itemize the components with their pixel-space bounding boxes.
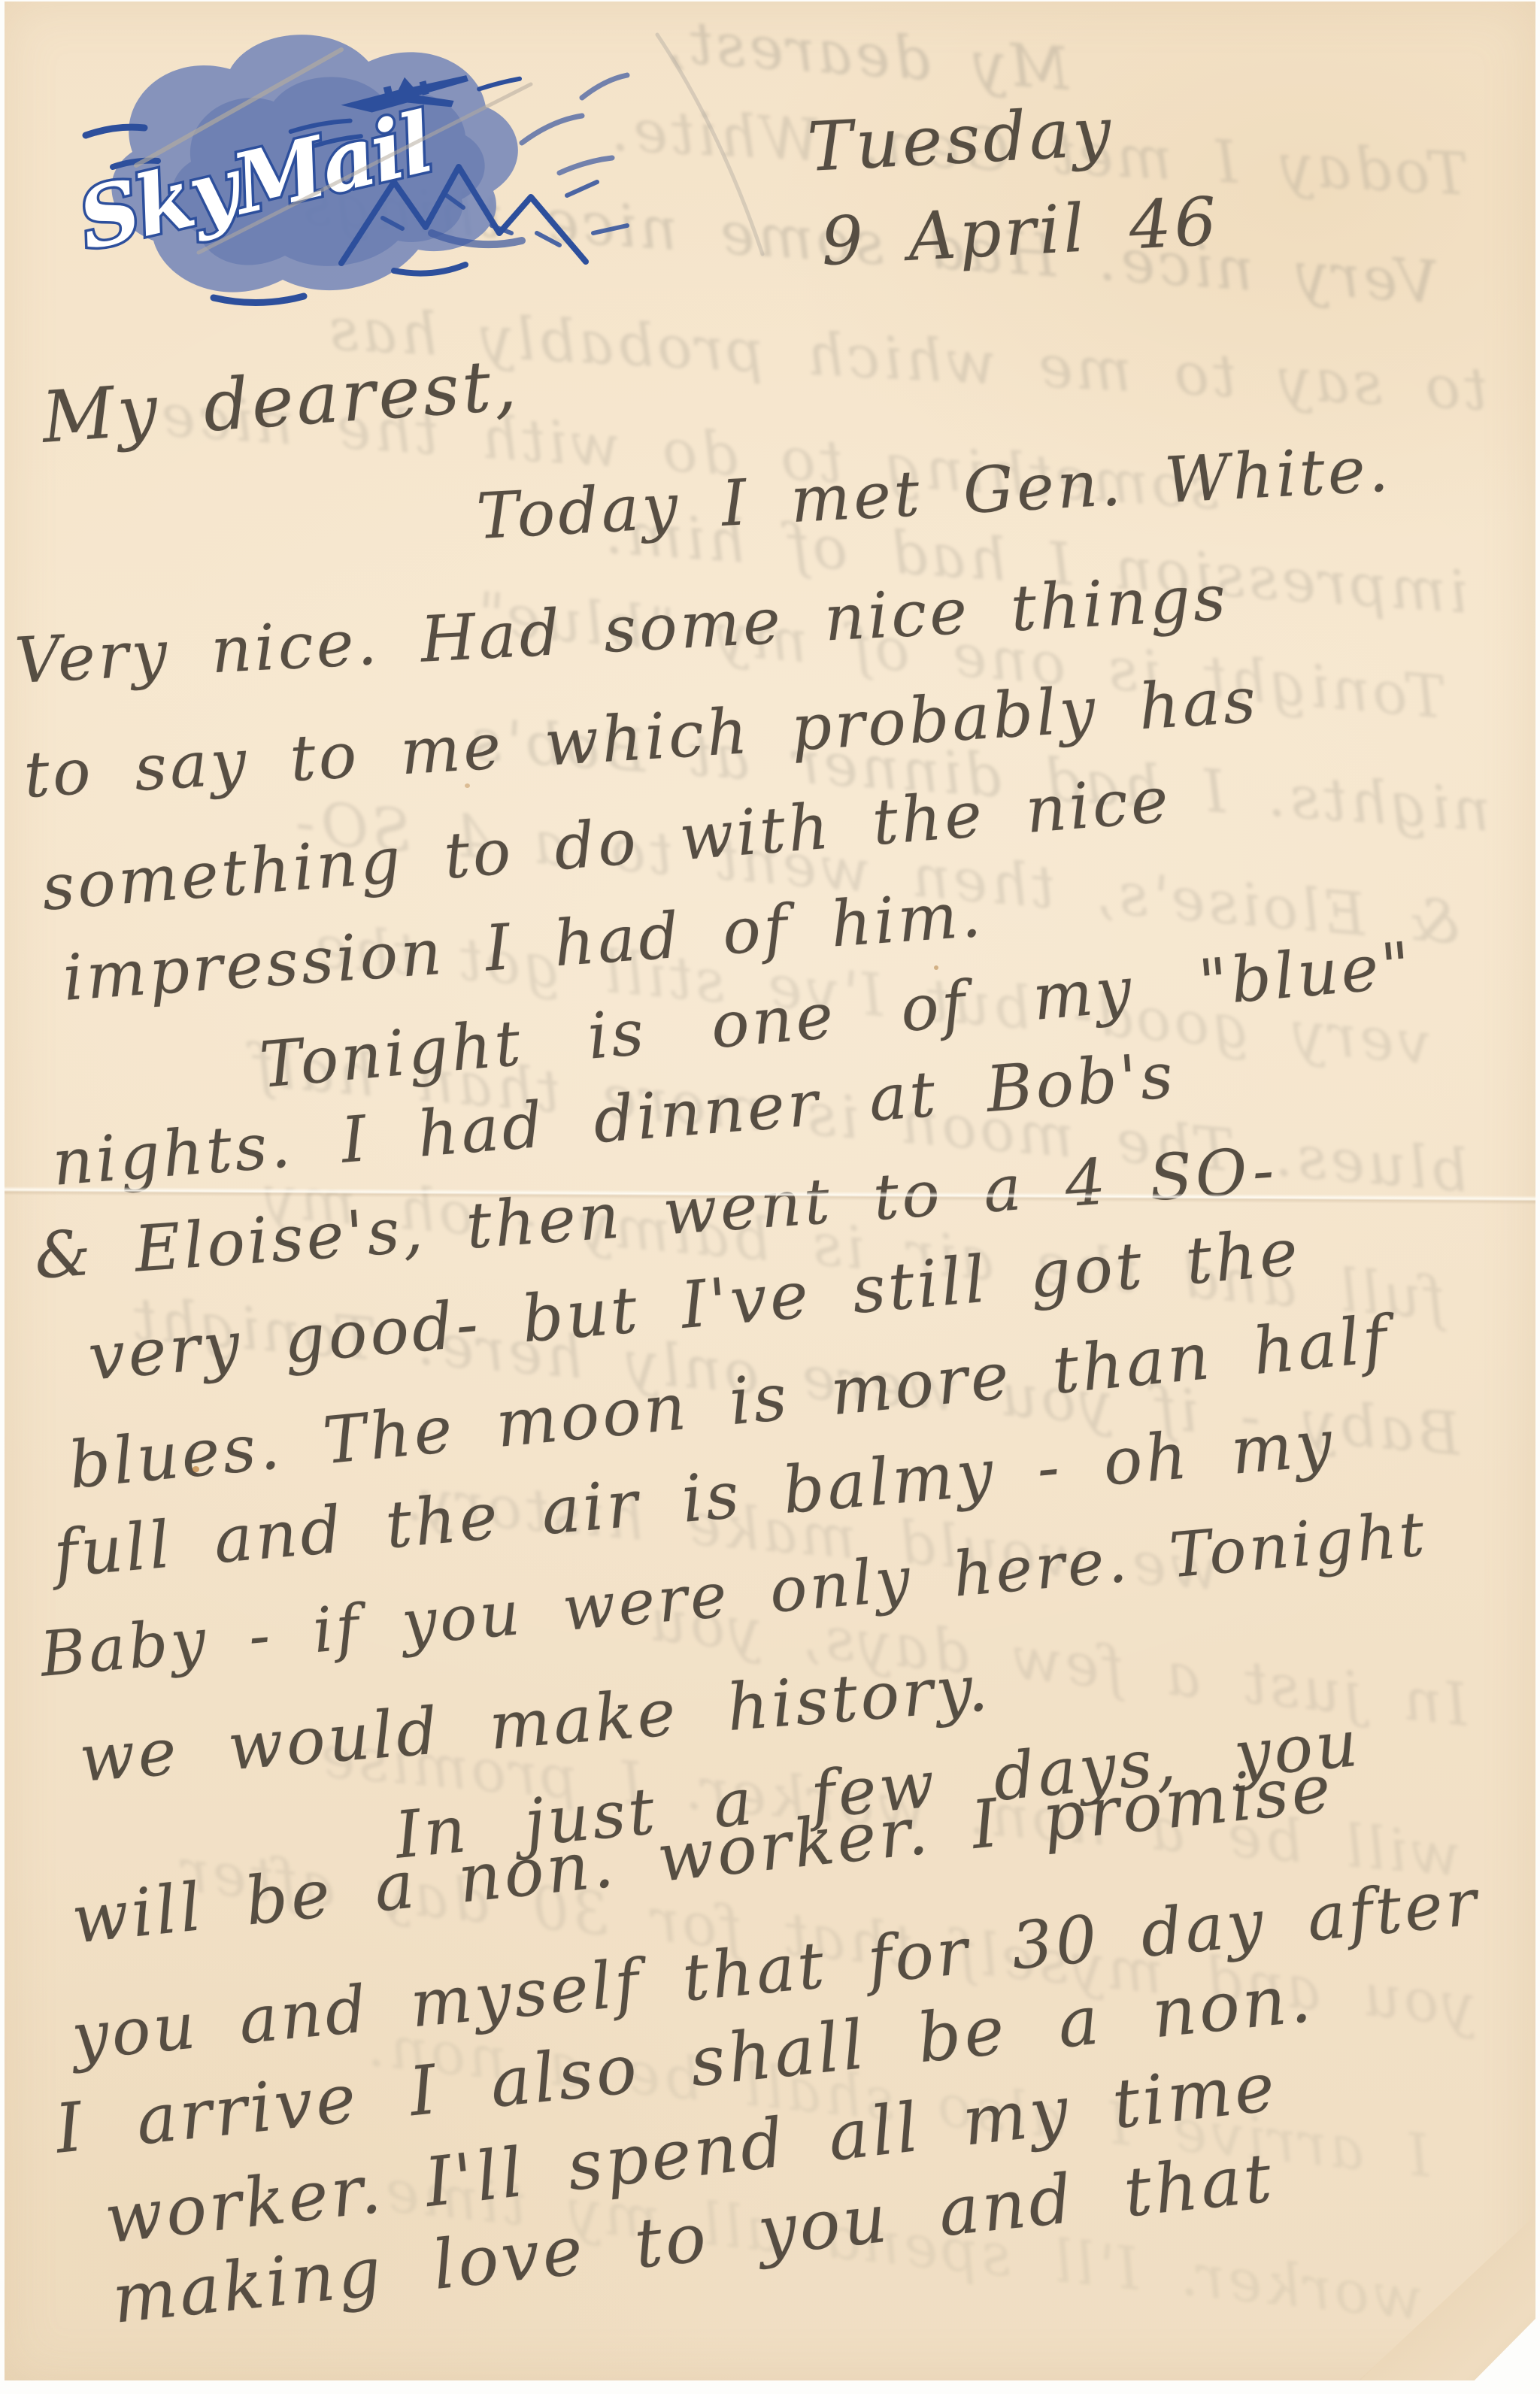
paper-stain	[465, 783, 470, 788]
scanned-letter: { "logo": { "brand": "SkyMail", "color_d…	[0, 0, 1540, 2394]
letter-line: Today I met Gen. White.	[474, 432, 1393, 553]
paper-stain	[192, 1466, 199, 1472]
salutation: My dearest,	[39, 344, 522, 459]
corner-fold	[1359, 2215, 1535, 2380]
paper-stain	[934, 965, 938, 970]
date-day: Tuesday	[805, 92, 1115, 187]
pencil-scuff-marks	[5, 2, 907, 317]
paper-sheet: My dearest, Today I met Gen. White. Very…	[5, 2, 1535, 2380]
